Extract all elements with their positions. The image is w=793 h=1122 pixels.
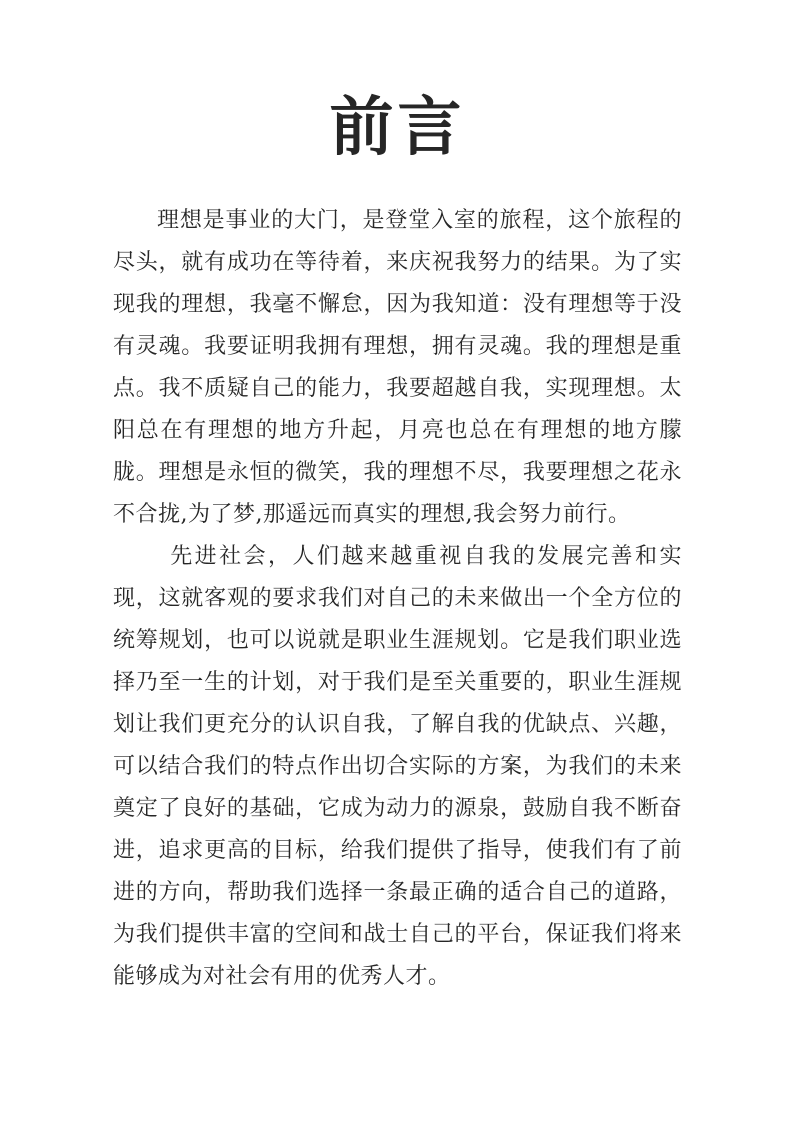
document-title: 前言 xyxy=(113,88,682,168)
paragraph-career-planning: 先进社会，人们越来越重视自我的发展完善和实现，这就客观的要求我们对自己的未来做出… xyxy=(113,536,682,998)
document-page: 前言 理想是事业的大门，是登堂入室的旅程，这个旅程的尽头，就有成功在等待着，来庆… xyxy=(0,0,793,1122)
paragraph-ideal: 理想是事业的大门，是登堂入室的旅程，这个旅程的尽头，就有成功在等待着，来庆祝我努… xyxy=(113,200,682,536)
